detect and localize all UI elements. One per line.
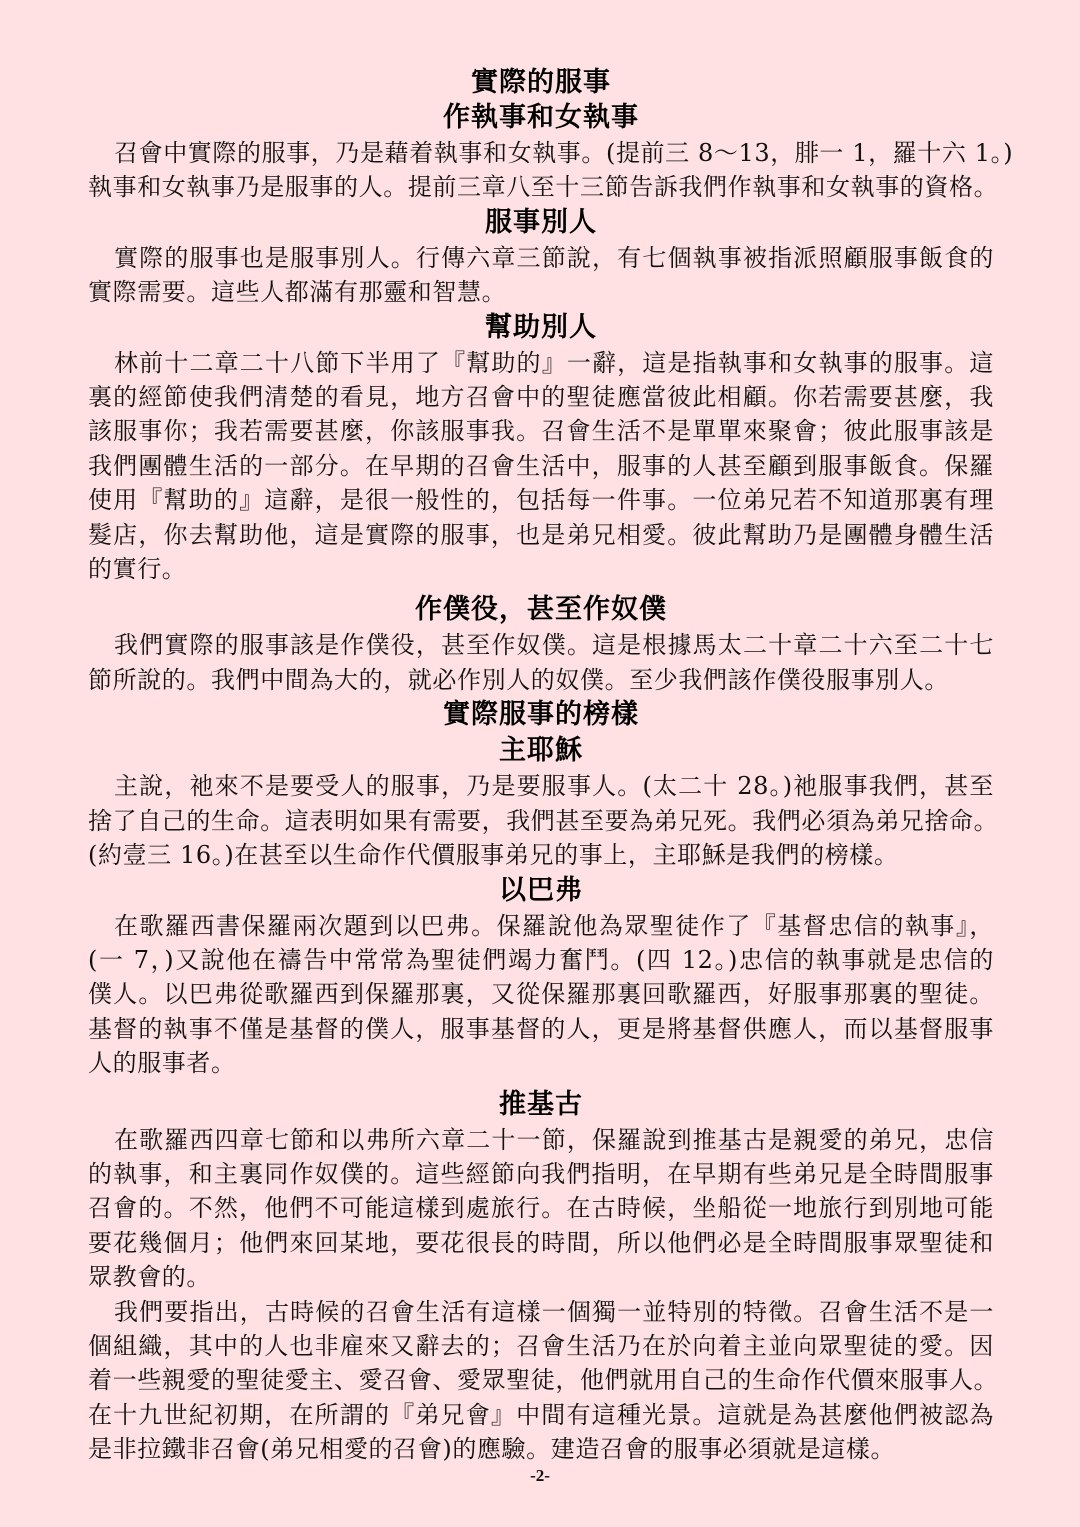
section-heading: 幫助別人 (88, 310, 994, 346)
text-line: 我們要指出，古時候的召會生活有這樣一個獨一並特別的特徵。召會生活不是一 (88, 1295, 994, 1329)
text-line: (一 7，)又說他在禱告中常常為聖徒們竭力奮鬥。(四 12。)忠信的執事就是忠信… (88, 943, 994, 977)
text-line: 實際的服事也是服事別人。行傳六章三節說，有七個執事被指派照顧服事飯食的 (88, 241, 994, 275)
text-line: 該服事你；我若需要甚麼，你該服事我。召會生活不是單單來聚會；彼此服事該是 (88, 414, 994, 448)
section-heading: 主耶穌 (88, 733, 994, 769)
text-line: (約壹三 16。)在甚至以生命作代價服事弟兄的事上，主耶穌是我們的榜樣。 (88, 838, 994, 872)
text-line: 在歌羅西書保羅兩次題到以巴弗。保羅說他為眾聖徒作了『基督忠信的執事』， (88, 909, 994, 943)
section-heading: 推基古 (88, 1087, 994, 1123)
text-line: 節所說的。我們中間為大的，就必作別人的奴僕。至少我們該作僕役服事別人。 (88, 663, 994, 697)
section-heading: 作執事和女執事 (88, 100, 994, 136)
page-number: -2- (0, 1466, 1080, 1486)
text-line: 實際需要。這些人都滿有那靈和智慧。 (88, 275, 994, 309)
paragraph: 林前十二章二十八節下半用了『幫助的』一辭，這是指執事和女執事的服事。這 裏的經節… (88, 346, 994, 587)
text-line: 我們團體生活的一部分。在早期的召會生活中，服事的人甚至顧到服事飯食。保羅 (88, 449, 994, 483)
text-line: 髮店，你去幫助他，這是實際的服事，也是弟兄相愛。彼此幫助乃是團體身體生活 (88, 518, 994, 552)
text-line: 的執事，和主裏同作奴僕的。這些經節向我們指明，在早期有些弟兄是全時間服事 (88, 1157, 994, 1191)
text-line: 林前十二章二十八節下半用了『幫助的』一辭，這是指執事和女執事的服事。這 (88, 346, 994, 380)
paragraph: 我們實際的服事該是作僕役，甚至作奴僕。這是根據馬太二十章二十六至二十七 節所說的… (88, 628, 994, 697)
text-line: 在歌羅西四章七節和以弗所六章二十一節，保羅說到推基古是親愛的弟兄，忠信 (88, 1123, 994, 1157)
paragraph: 召會中實際的服事，乃是藉着執事和女執事。(提前三 8～13，腓一 1，羅十六 1… (88, 136, 994, 205)
section-heading: 服事別人 (88, 205, 994, 241)
text-line: 的實行。 (88, 552, 994, 586)
paragraph: 在歌羅西書保羅兩次題到以巴弗。保羅說他為眾聖徒作了『基督忠信的執事』， (一 7… (88, 909, 994, 1081)
text-line: 着一些親愛的聖徒愛主、愛召會、愛眾聖徒，他們就用自己的生命作代價來服事人。 (88, 1363, 994, 1397)
text-line: 要花幾個月；他們來回某地，要花很長的時間，所以他們必是全時間服事眾聖徒和 (88, 1226, 994, 1260)
text-line: 眾教會的。 (88, 1260, 994, 1294)
section-heading: 實際服事的榜樣 (88, 697, 994, 733)
paragraph: 在歌羅西四章七節和以弗所六章二十一節，保羅說到推基古是親愛的弟兄，忠信 的執事，… (88, 1123, 994, 1295)
text-line: 召會中實際的服事，乃是藉着執事和女執事。(提前三 8～13，腓一 1，羅十六 1… (88, 136, 994, 170)
paragraph: 主說，祂來不是要受人的服事，乃是要服事人。(太二十 28。)祂服事我們，甚至 捨… (88, 769, 994, 872)
text-line: 執事和女執事乃是服事的人。提前三章八至十三節告訴我們作執事和女執事的資格。 (88, 170, 994, 204)
paragraph: 我們要指出，古時候的召會生活有這樣一個獨一並特別的特徵。召會生活不是一 個組織，… (88, 1295, 994, 1467)
text-line: 主說，祂來不是要受人的服事，乃是要服事人。(太二十 28。)祂服事我們，甚至 (88, 769, 994, 803)
section-heading: 以巴弗 (88, 873, 994, 909)
text-line: 在十九世紀初期，在所謂的『弟兄會』中間有這種光景。這就是為甚麼他們被認為 (88, 1398, 994, 1432)
text-line: 捨了自己的生命。這表明如果有需要，我們甚至要為弟兄死。我們必須為弟兄捨命。 (88, 804, 994, 838)
text-line: 人的服事者。 (88, 1046, 994, 1080)
text-line: 裏的經節使我們清楚的看見，地方召會中的聖徒應當彼此相顧。你若需要甚麼，我 (88, 380, 994, 414)
paragraph: 實際的服事也是服事別人。行傳六章三節說，有七個執事被指派照顧服事飯食的 實際需要… (88, 241, 994, 310)
document-page: 實際的服事 作執事和女執事 召會中實際的服事，乃是藉着執事和女執事。(提前三 8… (88, 66, 994, 1467)
text-line: 是非拉鐵非召會(弟兄相愛的召會)的應驗。建造召會的服事必須就是這樣。 (88, 1432, 994, 1466)
text-line: 僕人。以巴弗從歌羅西到保羅那裏，又從保羅那裏回歌羅西，好服事那裏的聖徒。 (88, 977, 994, 1011)
document-title: 實際的服事 (88, 66, 994, 100)
text-line: 我們實際的服事該是作僕役，甚至作奴僕。這是根據馬太二十章二十六至二十七 (88, 628, 994, 662)
text-line: 基督的執事不僅是基督的僕人，服事基督的人，更是將基督供應人，而以基督服事 (88, 1012, 994, 1046)
text-line: 使用『幫助的』這辭，是很一般性的，包括每一件事。一位弟兄若不知道那裏有理 (88, 483, 994, 517)
section-heading: 作僕役，甚至作奴僕 (88, 592, 994, 628)
text-line: 召會的。不然，他們不可能這樣到處旅行。在古時候，坐船從一地旅行到別地可能 (88, 1191, 994, 1225)
text-line: 個組織，其中的人也非雇來又辭去的；召會生活乃在於向着主並向眾聖徒的愛。因 (88, 1329, 994, 1363)
